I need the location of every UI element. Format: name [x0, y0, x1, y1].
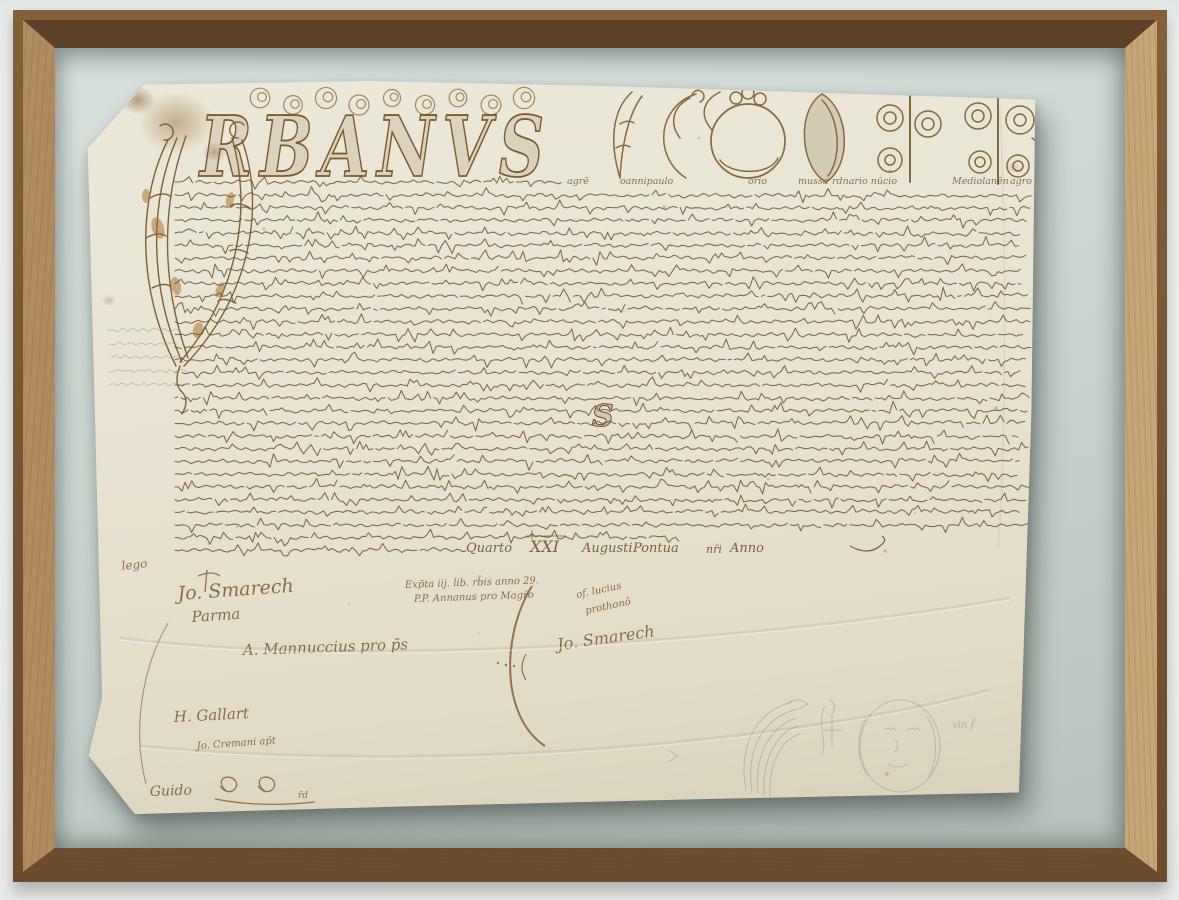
signature-smarech-right: Jo. Smarech [553, 622, 656, 655]
faint-sketch: vin f̄ [668, 700, 977, 820]
body-text-line [175, 212, 1030, 228]
fly-speck [748, 354, 749, 355]
marginal-bracket-line [140, 623, 168, 784]
body-text-line [175, 352, 1026, 368]
body-text-line [175, 326, 1023, 342]
heading-ornaments [614, 87, 1040, 184]
signatures: Jo. Smarech Parma Exp̄ta iij. lib. rb̄is… [150, 574, 656, 804]
creases [120, 108, 1010, 758]
manuscript-ink: RBANVS [80, 78, 1042, 820]
body-text-line [175, 479, 1029, 495]
marginal-lego: lego [121, 556, 148, 573]
fly-speck [913, 372, 915, 374]
address-word: oannipaulo [620, 176, 674, 187]
signature-lucius: of. lucius [575, 581, 622, 601]
fly-speck [914, 512, 916, 514]
signature-lucius-line2: prothonō [584, 597, 631, 617]
sketch-note: vin f̄ [952, 719, 977, 731]
marginal-note-line [109, 342, 177, 346]
body-text-line [175, 493, 1026, 508]
address-word: mussa [798, 176, 829, 187]
body-text-line [175, 237, 1022, 254]
body-text-lines [175, 176, 1031, 556]
signature-guido: Guido [150, 783, 193, 800]
signature-smarech: Jo. Smarech [173, 575, 295, 605]
address-word: agro [1010, 176, 1032, 187]
fly-speck [348, 603, 350, 605]
body-text-line [175, 365, 1020, 379]
marginal-note-line [109, 369, 187, 373]
body-text-line [175, 466, 1017, 481]
fly-speck [236, 526, 238, 528]
parchment: RBANVS [80, 78, 1042, 820]
body-text-line [175, 226, 1020, 240]
address-word: orio [748, 176, 767, 187]
notary-paraph [497, 586, 545, 746]
signature-mannuccius: A. Mannuccius pro p̄s [241, 635, 409, 659]
signature-smarech-line2: Parma [190, 605, 241, 626]
body-text-line [175, 453, 1019, 470]
fly-speck [885, 772, 888, 775]
body-text-line [175, 287, 1031, 304]
fly-speck [308, 648, 310, 650]
fly-speck [262, 227, 265, 230]
manuscript-document: RBANVS [80, 78, 1042, 820]
body-text-line [175, 504, 1019, 517]
fly-speck [767, 478, 769, 480]
dateline-word: Anno [729, 541, 764, 556]
fly-speck [698, 137, 700, 139]
dateline-word: XXI [528, 537, 560, 556]
body-text-line [175, 277, 1021, 291]
body-text-line [175, 339, 1031, 355]
address-line: agrē oannipaulo orio mussa rdnario nūcio… [567, 176, 1032, 187]
signature-guido-suffix: r̄d [298, 791, 308, 801]
body-text-line [175, 517, 1031, 532]
body-text-line [175, 543, 466, 556]
body-text-line [175, 250, 1026, 265]
signature-gallart: H. Gallart [172, 704, 250, 726]
body-text-line [175, 314, 1030, 330]
dateline-end-flourish [850, 536, 885, 551]
address-word: agrē [567, 176, 589, 187]
fly-speck [478, 632, 480, 634]
registration-note-line1: Exp̄ta iij. lib. rb̄is anno 29. [404, 574, 539, 591]
dateline-word: Quarto [466, 541, 512, 556]
body-text-line [175, 441, 1028, 456]
marginal-note-line [109, 383, 186, 386]
address-word: Mediolanēn [951, 176, 1009, 187]
photograph: RBANVS [0, 0, 1179, 900]
fly-speck [883, 549, 886, 552]
body-text-line [175, 377, 1025, 392]
body-text-line [175, 302, 1030, 317]
body-initial-s: S [592, 399, 614, 434]
dateline-word: Augusti [581, 541, 633, 556]
body-text-line [175, 200, 1030, 216]
fly-speck [889, 170, 892, 173]
dateline-word: nr̄i [706, 543, 722, 556]
body-text-line [175, 264, 1020, 279]
dateline-words: Quarto XXI Augusti Pontua nr̄i Anno [466, 530, 885, 556]
dateline-word: Pontua [632, 541, 679, 556]
marginal-note-faint [107, 328, 188, 386]
fly-speck [880, 499, 882, 501]
fly-speck [662, 205, 665, 208]
address-word: rdnario nūcio [832, 176, 897, 187]
fly-speck [994, 406, 997, 409]
registration-note-line2: P.P. Annanus pro Magr̄o [413, 590, 534, 605]
